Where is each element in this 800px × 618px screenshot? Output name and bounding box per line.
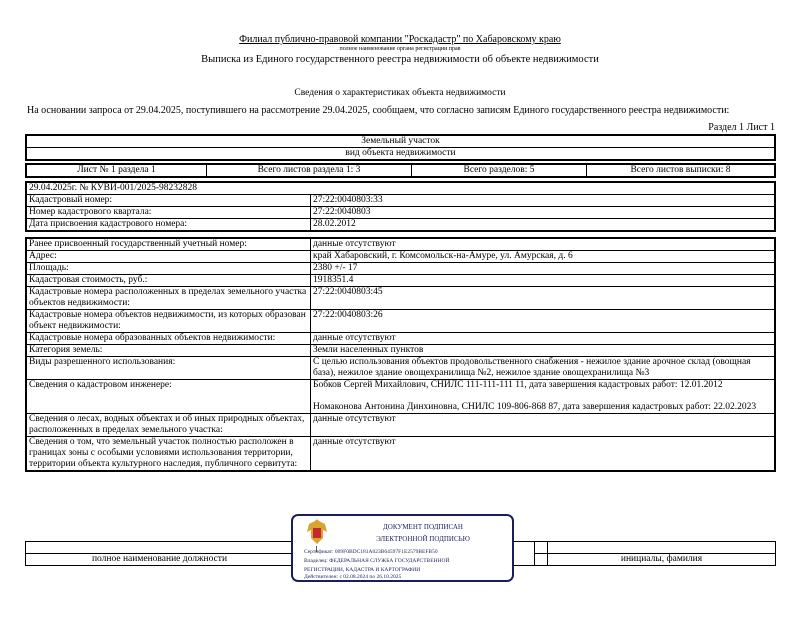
extract-reference: 29.04.2025г. № КУВИ-001/2025-98232828 (26, 182, 775, 195)
sheet-number: Лист № 1 раздела 1 (26, 164, 207, 177)
row-value: данные отсутствуют (311, 437, 776, 472)
table-row: Сведения о том, что земельный участок по… (26, 437, 775, 472)
row-value: данные отсутствуют (311, 414, 776, 437)
table-row: Кадастровые номера объектов недвижимости… (26, 310, 775, 333)
row-value: 27:22:0040803:33 (311, 195, 776, 207)
page-reference: Раздел 1 Лист 1 (708, 122, 775, 133)
table-row: Категория земель:Земли населенных пункто… (26, 345, 775, 357)
row-value: данные отсутствуют (311, 238, 776, 251)
row-value: 27:22:0040803:45 (311, 287, 776, 310)
row-label: Ранее присвоенный государственный учетны… (26, 238, 311, 251)
table-row: Кадастровые номера образованных объектов… (26, 333, 775, 345)
table-row: Ранее присвоенный государственный учетны… (26, 238, 775, 251)
coat-of-arms-icon (305, 518, 329, 546)
row-value: Земли населенных пунктов (311, 345, 776, 357)
properties-table: Ранее присвоенный государственный учетны… (25, 237, 776, 472)
sheets-info-table: Лист № 1 раздела 1 Всего листов раздела … (25, 163, 776, 178)
row-label: Кадастровые номера образованных объектов… (26, 333, 311, 345)
sheets-in-section: Всего листов раздела 1: 3 (207, 164, 412, 177)
section-title: Сведения о характеристиках объекта недви… (0, 88, 800, 98)
row-value: С целью использования объектов продоволь… (311, 357, 776, 380)
row-label: Адрес: (26, 251, 311, 263)
stamp-certificate: Сертификат: 009F0BDC181A023B64597F1E2579… (304, 549, 438, 555)
stamp-owner-2: РЕГИСТРАЦИИ, КАДАСТРА И КАРТОГРАФИИ (304, 567, 420, 573)
row-value-line: Бобков Сергей Михайлович, СНИЛС 111-111-… (313, 380, 772, 391)
identifiers-table: 29.04.2025г. № КУВИ-001/2025-98232828 Ка… (25, 181, 776, 232)
sheets-total: Всего листов выписки: 8 (587, 164, 776, 177)
row-value: 28.02.2012 (311, 219, 776, 232)
stamp-owner-1: Владелец: ФЕДЕРАЛЬНАЯ СЛУЖБА ГОСУДАРСТВЕ… (304, 558, 449, 564)
table-row: Кадастровая стоимость, руб.:1918351.4 (26, 275, 775, 287)
sections-total: Всего разделов: 5 (412, 164, 587, 177)
row-value: Бобков Сергей Михайлович, СНИЛС 111-111-… (311, 380, 776, 414)
row-label: Сведения о кадастровом инженере: (26, 380, 311, 414)
table-row: Кадастровый номер: 27:22:0040803:33 (26, 195, 775, 207)
row-value: край Хабаровский, г. Комсомольск-на-Амур… (311, 251, 776, 263)
object-type: Земельный участок (26, 135, 775, 148)
table-row: Адрес:край Хабаровский, г. Комсомольск-н… (26, 251, 775, 263)
row-value: данные отсутствуют (311, 333, 776, 345)
row-label: Кадастровые номера объектов недвижимости… (26, 310, 311, 333)
stamp-line-1: ДОКУМЕНТ ПОДПИСАН (343, 523, 503, 531)
row-label: Кадастровая стоимость, руб.: (26, 275, 311, 287)
row-value: 27:22:0040803 (311, 207, 776, 219)
row-label: Площадь: (26, 263, 311, 275)
name-caption: инициалы, фамилия (548, 554, 776, 566)
object-type-table: Земельный участок вид объекта недвижимос… (25, 134, 776, 161)
row-label: Виды разрешенного использования: (26, 357, 311, 380)
intro-text: На основании запроса от 29.04.2025, пост… (27, 105, 729, 116)
row-value: 27:22:0040803:26 (311, 310, 776, 333)
electronic-signature-stamp: ДОКУМЕНТ ПОДПИСАН ЭЛЕКТРОННОЙ ПОДПИСЬЮ С… (291, 514, 514, 582)
table-row: Дата присвоения кадастрового номера: 28.… (26, 219, 775, 232)
position-caption: полное наименование должности (26, 554, 294, 566)
table-row: Сведения о кадастровом инженере:Бобков С… (26, 380, 775, 414)
organization-caption: полное наименование органа регистрации п… (0, 46, 800, 52)
table-row: Виды разрешенного использования:С целью … (26, 357, 775, 380)
table-row: Кадастровые номера расположенных в преде… (26, 287, 775, 310)
name-field (548, 542, 776, 554)
row-label: Дата присвоения кадастрового номера: (26, 219, 311, 232)
row-value-line: Номаконова Антонина Динхиновна, СНИЛС 10… (313, 402, 772, 413)
table-row: Номер кадастрового квартала: 27:22:00408… (26, 207, 775, 219)
row-label: Сведения о лесах, водных объектах и об и… (26, 414, 311, 437)
row-label: Сведения о том, что земельный участок по… (26, 437, 311, 472)
row-value: 2380 +/- 17 (311, 263, 776, 275)
stamp-validity: Действителен: с 02.08.2024 по 26.10.2025 (304, 574, 401, 580)
table-row: Площадь:2380 +/- 17 (26, 263, 775, 275)
table-row: Сведения о лесах, водных объектах и об и… (26, 414, 775, 437)
row-label: Категория земель: (26, 345, 311, 357)
row-label: Номер кадастрового квартала: (26, 207, 311, 219)
row-value: 1918351.4 (311, 275, 776, 287)
stamp-line-2: ЭЛЕКТРОННОЙ ПОДПИСЬЮ (343, 535, 503, 543)
position-field (26, 542, 294, 554)
row-label: Кадастровые номера расположенных в преде… (26, 287, 311, 310)
organization-name: Филиал публично-правовой компании "Роска… (0, 34, 800, 45)
row-label: Кадастровый номер: (26, 195, 311, 207)
object-type-caption: вид объекта недвижимости (26, 148, 775, 161)
document-title: Выписка из Единого государственного реес… (0, 54, 800, 65)
